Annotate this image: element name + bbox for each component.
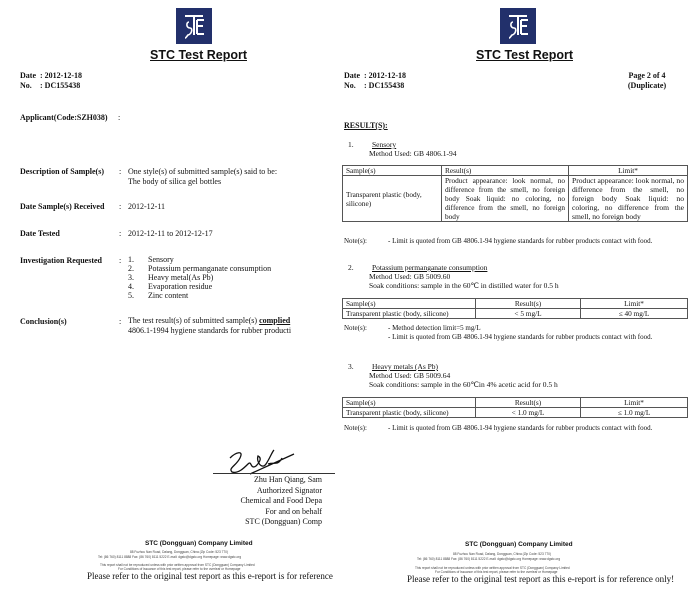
list-item: 4.Evaporation residue xyxy=(128,282,271,291)
report-title: STC Test Report xyxy=(150,48,247,62)
method-used: Method Used: GB 5009.60 xyxy=(369,272,450,281)
investigation-label: Investigation Requested xyxy=(20,256,102,265)
sensory-results-table: Sample(s) Result(s) Limit* Transparent p… xyxy=(342,165,688,222)
section-title-heavy-metals: Heavy metals (As Pb) xyxy=(372,362,438,371)
report-date: Date: 2012-12-18 xyxy=(344,71,406,81)
section-title-sensory: Sensory xyxy=(372,140,396,149)
signature-image xyxy=(222,448,302,476)
page-indicator: Page 2 of 4 (Duplicate) xyxy=(622,71,672,91)
list-item: 1.Sensory xyxy=(128,255,271,264)
description-value: One style(s) of submitted sample(s) said… xyxy=(128,167,277,187)
conclusion-value: The test result(s) of submitted sample(s… xyxy=(128,316,291,336)
applicant-label: Applicant(Code:SZH038) xyxy=(20,113,108,122)
stc-logo-icon xyxy=(176,8,212,44)
list-item: 2.Potassium permanganate consumption xyxy=(128,264,271,273)
table-header-row: Sample(s) Result(s) Limit* xyxy=(343,398,688,408)
list-item: 5.Zinc content xyxy=(128,291,271,300)
results-heading: RESULT(S): xyxy=(344,121,388,130)
section-title-permanganate: Potassium permanganate consumption xyxy=(372,263,487,272)
table-row: Transparent plastic (body, silicone) < 1… xyxy=(343,408,688,418)
footer-company: STC (Dongguan) Company Limited xyxy=(465,541,573,548)
permanganate-results-table: Sample(s) Result(s) Limit* Transparent p… xyxy=(342,298,688,319)
footer-reference-note: Please refer to the original test report… xyxy=(407,574,674,584)
report-number: No.: DC155438 xyxy=(20,81,80,91)
method-used: Method Used: GB 4806.1-94 xyxy=(369,149,457,158)
footer-address: 88 Fuzhou Nan Road, Dalang, Dongguan, Ch… xyxy=(453,552,551,557)
footer-contact: Tel: (86 760) 8111 8888 Fax: (86 760) 81… xyxy=(98,555,241,560)
footer-company: STC (Dongguan) Company Limited xyxy=(145,540,253,547)
investigation-list: 1.Sensory 2.Potassium permanganate consu… xyxy=(128,255,271,300)
report-page-1: STC Test Report Date: 2012-12-18 No.: DC… xyxy=(0,0,335,609)
list-item: 3.Heavy metal(As Pb) xyxy=(128,273,271,282)
date-received-value: 2012-12-11 xyxy=(128,202,165,212)
stc-logo-icon xyxy=(500,8,536,44)
table-header-row: Sample(s) Result(s) Limit* xyxy=(343,166,688,176)
soak-conditions: Soak conditions: sample in the 60℃ in di… xyxy=(369,281,559,290)
table-row: Transparent plastic (body, silicone) Pro… xyxy=(343,176,688,222)
footer-reference-note: Please refer to the original test report… xyxy=(87,571,335,581)
method-used: Method Used: GB 5009.64 xyxy=(369,371,450,380)
footer-contact: Tel: (86 760) 8111 8888 Fax: (86 760) 81… xyxy=(417,557,560,562)
date-tested-value: 2012-12-11 to 2012-12-17 xyxy=(128,229,213,239)
conclusion-label: Conclusion(s) xyxy=(20,317,67,326)
footer-address: 88 Fuzhou Nan Road, Dalang, Dongguan, Ch… xyxy=(130,550,228,555)
table-header-row: Sample(s) Result(s) Limit* xyxy=(343,299,688,309)
table-row: Transparent plastic (body, silicone) < 5… xyxy=(343,309,688,319)
date-tested-label: Date Tested xyxy=(20,229,60,238)
report-date: Date: 2012-12-18 xyxy=(20,71,82,81)
report-page-2: STC Test Report Date: 2012-12-18 No.: DC… xyxy=(335,0,700,609)
date-received-label: Date Sample(s) Received xyxy=(20,202,104,211)
report-number: No.: DC155438 xyxy=(344,81,404,91)
heavy-metals-results-table: Sample(s) Result(s) Limit* Transparent p… xyxy=(342,397,688,418)
soak-conditions: Soak conditions: sample in the 60℃in 4% … xyxy=(369,380,558,389)
signature-line xyxy=(213,473,335,474)
note-text: - Limit is quoted from GB 4806.1-94 hygi… xyxy=(388,237,652,246)
note-text: - Method detection limit=5 mg/L - Limit … xyxy=(388,324,652,342)
note-text: - Limit is quoted from GB 4806.1-94 hygi… xyxy=(388,424,652,433)
report-title: STC Test Report xyxy=(476,48,573,62)
signatory-block: Zhu Han Qiang, Sam Authorized Signator C… xyxy=(240,475,322,528)
description-label: Description of Sample(s) xyxy=(20,167,104,176)
